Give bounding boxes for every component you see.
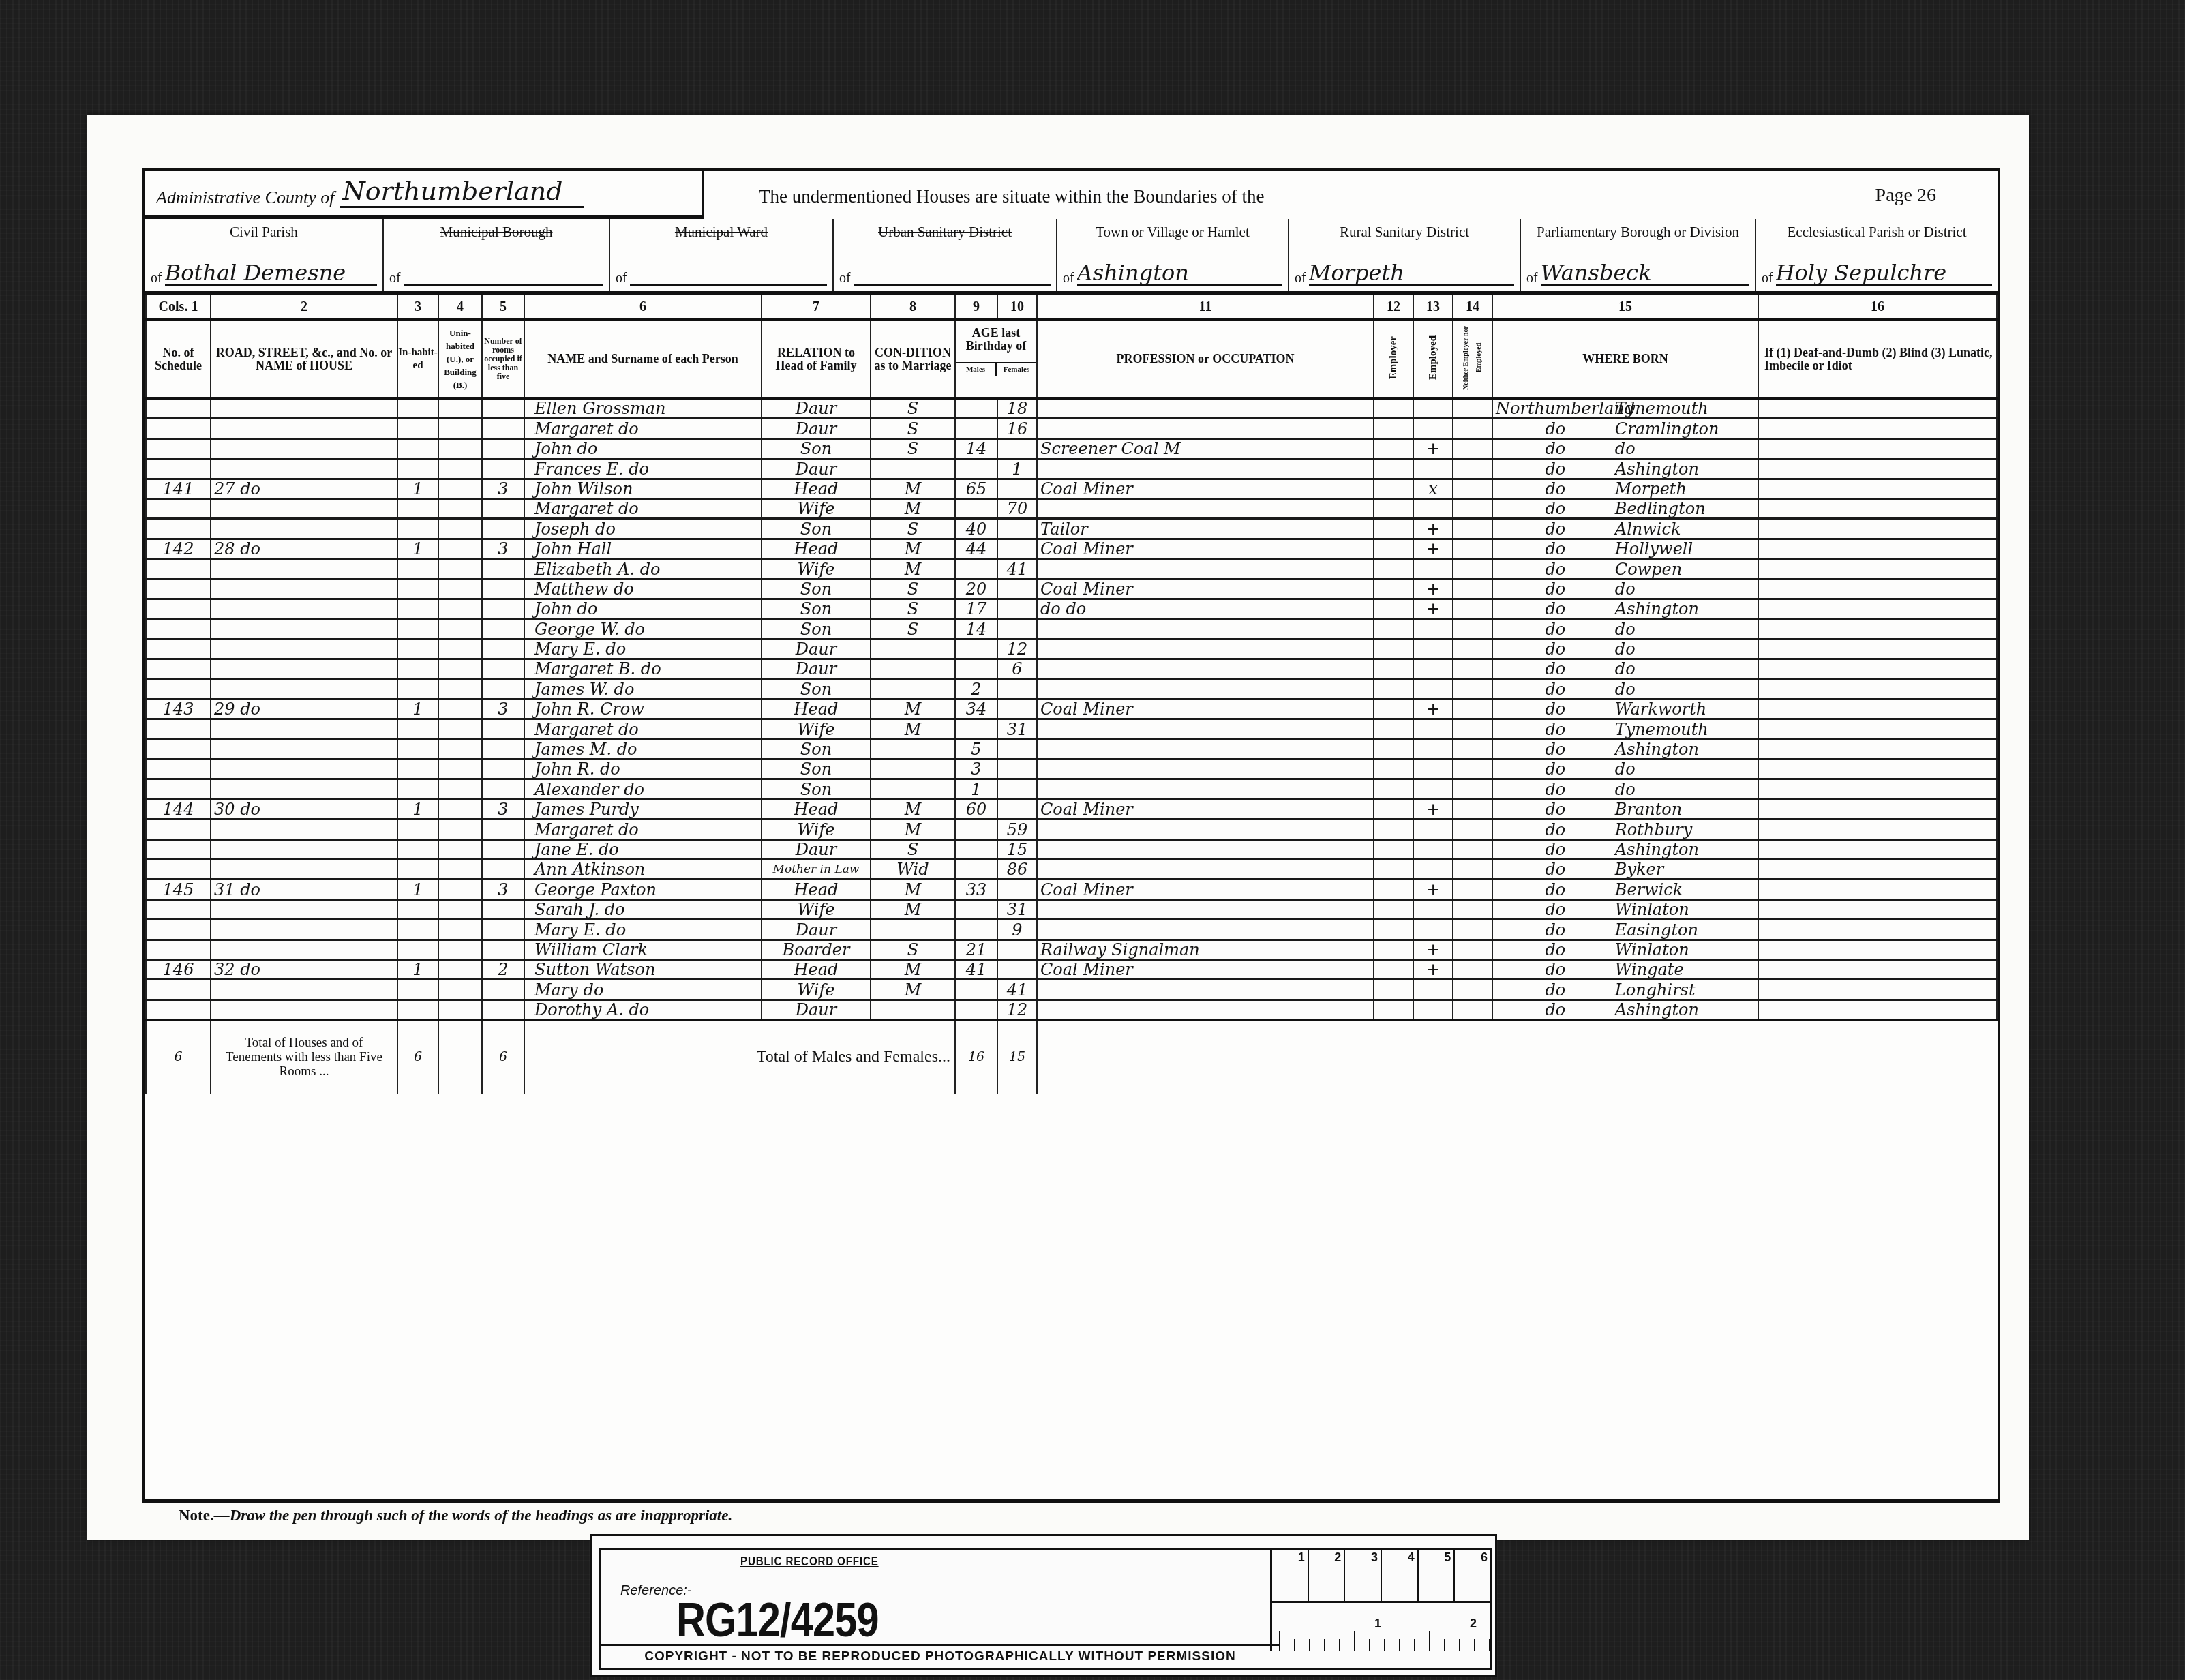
occupation: [1037, 739, 1374, 759]
schedule-number: [146, 820, 211, 839]
where-born: NorthumberlandTynemouth: [1492, 399, 1758, 419]
person-name: Margaret do: [524, 719, 762, 739]
header-employer: Employer: [1374, 320, 1413, 399]
born-county: do: [1496, 721, 1615, 738]
male-age: 33: [955, 880, 997, 899]
born-place: Wingate: [1615, 960, 1684, 979]
where-born: doRothbury: [1492, 820, 1758, 839]
male-age: [955, 559, 997, 579]
female-age: 9: [997, 920, 1037, 940]
inhabited-count: [397, 719, 438, 739]
boundary-label: Civil Parish: [145, 224, 382, 239]
where-born: doAshington: [1492, 839, 1758, 859]
relation: Daur: [762, 419, 871, 438]
uninhabited-mark: [438, 419, 482, 438]
inhabited-count: 1: [397, 479, 438, 498]
inhabited-count: 1: [397, 699, 438, 719]
rooms-count: [482, 399, 524, 419]
schedule-number: 144: [146, 799, 211, 819]
road-address: [211, 1000, 397, 1019]
relation: Wife: [762, 899, 871, 919]
schedule-number: 145: [146, 880, 211, 899]
employed-mark: [1413, 498, 1453, 518]
born-place: do: [1615, 580, 1636, 599]
schedule-number: [146, 599, 211, 618]
inhabited-count: 1: [397, 880, 438, 899]
rooms-count: [482, 839, 524, 859]
employed-mark: [1413, 639, 1453, 659]
male-age: 34: [955, 699, 997, 719]
marital-condition: S: [871, 579, 955, 599]
boundary-parliamentary: Parliamentary Borough or Division ofWans…: [1521, 219, 1756, 291]
neither-mark: [1453, 880, 1492, 899]
born-county: do: [1496, 561, 1615, 577]
rooms-count: [482, 899, 524, 919]
person-name: Mary do: [524, 980, 762, 1000]
employed-mark: +: [1413, 699, 1453, 719]
born-county: do: [1496, 461, 1615, 477]
boundary-value: Holy Sepulchre: [1776, 261, 1992, 286]
born-county: do: [1496, 741, 1615, 757]
header-occupation: PROFESSION or OCCUPATION: [1037, 320, 1374, 399]
relation: Daur: [762, 920, 871, 940]
uninhabited-mark: [438, 679, 482, 699]
ruler-tick: [1444, 1639, 1445, 1651]
schedule-number: [146, 760, 211, 779]
uninhabited-mark: [438, 699, 482, 719]
female-age: [997, 539, 1037, 558]
male-age: [955, 859, 997, 879]
rooms-count: [482, 599, 524, 618]
infirmity: [1758, 799, 1997, 819]
ruler-tick: [1339, 1639, 1340, 1651]
employed-mark: +: [1413, 539, 1453, 558]
female-age: 6: [997, 659, 1037, 679]
inhabited-count: [397, 779, 438, 799]
employer-mark: [1374, 920, 1413, 940]
neither-mark: [1453, 498, 1492, 518]
male-age: 14: [955, 619, 997, 639]
occupation: [1037, 459, 1374, 479]
employed-mark: [1413, 859, 1453, 879]
road-address: 30 do: [211, 799, 397, 819]
occupation: [1037, 920, 1374, 940]
schedule-number: [146, 980, 211, 1000]
marital-condition: [871, 1000, 955, 1019]
born-place: Rothbury: [1615, 820, 1692, 839]
boundary-label: Ecclesiastical Parish or District: [1756, 224, 1998, 239]
relation: Daur: [762, 459, 871, 479]
employed-mark: [1413, 820, 1453, 839]
census-row: George W. doSonS14dodo: [146, 619, 1997, 639]
occupation: [1037, 760, 1374, 779]
road-address: 29 do: [211, 699, 397, 719]
female-age: [997, 519, 1037, 539]
employer-mark: [1374, 679, 1413, 699]
uninhabited-mark: [438, 498, 482, 518]
census-row: Margaret doWifeM70doBedlington: [146, 498, 1997, 518]
marital-condition: Wid: [871, 859, 955, 879]
road-address: [211, 940, 397, 959]
road-address: [211, 719, 397, 739]
infirmity: [1758, 699, 1997, 719]
born-place: Tynemouth: [1615, 399, 1708, 418]
inhabited-count: [397, 399, 438, 419]
ruler-tick: [1459, 1639, 1460, 1651]
page-number: Page 26: [1875, 185, 1936, 207]
person-name: Ellen Grossman: [524, 399, 762, 419]
road-address: [211, 739, 397, 759]
infirmity: [1758, 980, 1997, 1000]
marital-condition: [871, 459, 955, 479]
born-county: do: [1496, 942, 1615, 958]
boundary-municipal-ward: Municipal Ward of: [610, 219, 834, 291]
infirmity: [1758, 659, 1997, 679]
occupation: [1037, 559, 1374, 579]
born-place: do: [1615, 760, 1636, 779]
road-address: [211, 760, 397, 779]
person-name: John do: [524, 599, 762, 618]
marital-condition: [871, 920, 955, 940]
male-age: [955, 498, 997, 518]
employed-mark: [1413, 559, 1453, 579]
neither-mark: [1453, 980, 1492, 1000]
boundaries-row: Civil Parish ofBothal Demesne Municipal …: [145, 219, 1998, 295]
road-address: [211, 679, 397, 699]
ruler-tick: [1399, 1639, 1400, 1651]
rooms-count: [482, 619, 524, 639]
female-age: 31: [997, 899, 1037, 919]
uninhabited-mark: [438, 779, 482, 799]
where-born: doWinlaton: [1492, 940, 1758, 959]
boundary-value: Bothal Demesne: [165, 261, 377, 286]
female-age: [997, 799, 1037, 819]
uninhabited-mark: [438, 619, 482, 639]
relation: Daur: [762, 1000, 871, 1019]
total-females: 15: [997, 1020, 1037, 1094]
schedule-number: 142: [146, 539, 211, 558]
born-county: do: [1496, 581, 1615, 597]
relation: Son: [762, 599, 871, 618]
where-born: doWarkworth: [1492, 699, 1758, 719]
occupation: [1037, 498, 1374, 518]
header-road: ROAD, STREET, &c., and No. or NAME of HO…: [211, 320, 397, 399]
where-born: doAshington: [1492, 739, 1758, 759]
employed-mark: [1413, 920, 1453, 940]
female-age: 70: [997, 498, 1037, 518]
county-value: Northumberland: [340, 176, 583, 208]
census-row: 14430 do13James PurdyHeadM60Coal Miner+d…: [146, 799, 1997, 819]
neither-mark: [1453, 739, 1492, 759]
infirmity: [1758, 599, 1997, 618]
employer-mark: [1374, 980, 1413, 1000]
where-born: doLonghirst: [1492, 980, 1758, 1000]
infirmity: [1758, 479, 1997, 498]
born-county: do: [1496, 882, 1615, 898]
born-county: do: [1496, 861, 1615, 877]
employer-mark: [1374, 940, 1413, 959]
where-born: doEasington: [1492, 920, 1758, 940]
female-age: 86: [997, 859, 1037, 879]
rooms-count: [482, 820, 524, 839]
occupation: [1037, 719, 1374, 739]
male-age: [955, 399, 997, 419]
infirmity: [1758, 399, 1997, 419]
rooms-count: [482, 459, 524, 479]
infirmity: [1758, 940, 1997, 959]
schedule-number: [146, 619, 211, 639]
marital-condition: M: [871, 719, 955, 739]
road-address: [211, 659, 397, 679]
male-age: 14: [955, 438, 997, 458]
neither-mark: [1453, 940, 1492, 959]
inhabited-count: 1: [397, 799, 438, 819]
census-row: Margaret doWifeM59doRothbury: [146, 820, 1997, 839]
female-age: [997, 599, 1037, 618]
employed-mark: [1413, 659, 1453, 679]
male-age: 5: [955, 739, 997, 759]
boundary-label: Municipal Ward: [610, 224, 832, 239]
born-county: do: [1496, 621, 1615, 637]
where-born: doBranton: [1492, 799, 1758, 819]
road-address: 27 do: [211, 479, 397, 498]
neither-mark: [1453, 679, 1492, 699]
born-place: do: [1615, 640, 1636, 659]
employed-mark: +: [1413, 599, 1453, 618]
occupation: [1037, 419, 1374, 438]
inhabited-count: [397, 438, 438, 458]
born-place: Longhirst: [1615, 980, 1696, 1000]
ruler-tick: [1384, 1639, 1385, 1651]
rooms-count: 3: [482, 699, 524, 719]
neither-mark: [1453, 779, 1492, 799]
born-county: do: [1496, 641, 1615, 657]
inhabited-count: [397, 940, 438, 959]
born-place: Ashington: [1615, 1000, 1699, 1019]
rooms-count: [482, 639, 524, 659]
road-address: [211, 519, 397, 539]
female-age: [997, 699, 1037, 719]
rooms-count: [482, 579, 524, 599]
born-place: Bedlington: [1615, 499, 1706, 518]
employer-mark: [1374, 959, 1413, 979]
employed-mark: +: [1413, 940, 1453, 959]
born-place: Ashington: [1615, 840, 1699, 859]
employer-mark: [1374, 799, 1413, 819]
infirmity: [1758, 579, 1997, 599]
male-age: [955, 899, 997, 919]
employer-mark: [1374, 1000, 1413, 1019]
occupation: do do: [1037, 599, 1374, 618]
census-row: Ellen GrossmanDaurS18NorthumberlandTynem…: [146, 399, 1997, 419]
female-age: [997, 779, 1037, 799]
inhabited-count: 1: [397, 959, 438, 979]
born-place: Ashington: [1615, 599, 1699, 618]
person-name: James M. do: [524, 739, 762, 759]
born-county: do: [1496, 681, 1615, 697]
employer-mark: [1374, 820, 1413, 839]
uninhabited-mark: [438, 899, 482, 919]
marital-condition: S: [871, 839, 955, 859]
schedule-number: [146, 899, 211, 919]
road-address: [211, 859, 397, 879]
where-born: doWinlaton: [1492, 899, 1758, 919]
where-born: doCramlington: [1492, 419, 1758, 438]
where-born: doCowpen: [1492, 559, 1758, 579]
male-age: [955, 920, 997, 940]
infirmity: [1758, 419, 1997, 438]
infirmity: [1758, 899, 1997, 919]
infirmity: [1758, 779, 1997, 799]
neither-mark: [1453, 799, 1492, 819]
female-age: 15: [997, 839, 1037, 859]
relation: Wife: [762, 559, 871, 579]
born-place: Cowpen: [1615, 560, 1682, 579]
inhabited-count: [397, 639, 438, 659]
boundary-ecclesiastical: Ecclesiastical Parish or District ofHoly…: [1756, 219, 1998, 291]
marital-condition: S: [871, 619, 955, 639]
where-born: doHollywell: [1492, 539, 1758, 558]
infirmity: [1758, 959, 1997, 979]
person-name: Mary E. do: [524, 920, 762, 940]
occupation: Coal Miner: [1037, 880, 1374, 899]
relation: Son: [762, 619, 871, 639]
born-place: Ashington: [1615, 740, 1699, 759]
marital-condition: [871, 760, 955, 779]
relation: Mother in Law: [762, 859, 871, 879]
relation: Head: [762, 479, 871, 498]
uninhabited-mark: [438, 479, 482, 498]
employed-mark: [1413, 760, 1453, 779]
employer-mark: [1374, 899, 1413, 919]
schedule-number: [146, 1000, 211, 1019]
header-uninhabited: Unin-habited (U.), or Building (B.): [438, 320, 482, 399]
schedule-number: [146, 579, 211, 599]
census-row: John doSonS14Screener Coal M+dodo: [146, 438, 1997, 458]
male-age: 20: [955, 579, 997, 599]
occupation: [1037, 399, 1374, 419]
relation: Son: [762, 760, 871, 779]
boundary-label: Municipal Borough: [384, 224, 609, 239]
neither-mark: [1453, 519, 1492, 539]
census-row: Sarah J. doWifeM31doWinlaton: [146, 899, 1997, 919]
occupation: Coal Miner: [1037, 799, 1374, 819]
person-name: George W. do: [524, 619, 762, 639]
census-row: 14632 do12Sutton WatsonHeadM41Coal Miner…: [146, 959, 1997, 979]
born-county: do: [1496, 901, 1615, 918]
road-address: [211, 438, 397, 458]
census-row: John doSonS17do do+doAshington: [146, 599, 1997, 618]
inhabited-count: [397, 820, 438, 839]
born-county: do: [1496, 421, 1615, 437]
female-age: 31: [997, 719, 1037, 739]
ruler-tick: [1294, 1639, 1295, 1651]
instruction-note: Note.—Draw the pen through such of the w…: [179, 1507, 732, 1525]
marital-condition: M: [871, 479, 955, 498]
person-name: John Wilson: [524, 479, 762, 498]
employed-mark: +: [1413, 880, 1453, 899]
neither-mark: [1453, 699, 1492, 719]
boundary-civil-parish: Civil Parish ofBothal Demesne: [145, 219, 384, 291]
occupation: Screener Coal M: [1037, 438, 1374, 458]
male-age: 44: [955, 539, 997, 558]
marital-condition: M: [871, 899, 955, 919]
relation: Head: [762, 959, 871, 979]
inhabited-count: [397, 839, 438, 859]
person-name: Mary E. do: [524, 639, 762, 659]
road-address: [211, 820, 397, 839]
rooms-count: [482, 920, 524, 940]
ruler-tick: [1354, 1631, 1355, 1651]
female-age: [997, 880, 1037, 899]
born-place: Warkworth: [1615, 700, 1706, 719]
marital-condition: M: [871, 880, 955, 899]
uninhabited-mark: [438, 920, 482, 940]
person-name: Frances E. do: [524, 459, 762, 479]
total-rooms: 6: [482, 1020, 524, 1094]
born-place: Ashington: [1615, 460, 1699, 479]
infirmity: [1758, 619, 1997, 639]
born-county: do: [1496, 822, 1615, 838]
ruler-tick: [1309, 1639, 1310, 1651]
road-address: [211, 399, 397, 419]
schedule-number: [146, 659, 211, 679]
male-age: 1: [955, 779, 997, 799]
header-schedule: No. of Schedule: [146, 320, 211, 399]
employed-mark: [1413, 899, 1453, 919]
header-name: NAME and Surname of each Person: [524, 320, 762, 399]
male-age: [955, 639, 997, 659]
census-row: Margaret doWifeM31doTynemouth: [146, 719, 1997, 739]
person-name: Margaret B. do: [524, 659, 762, 679]
employer-mark: [1374, 419, 1413, 438]
road-address: [211, 899, 397, 919]
employer-mark: [1374, 880, 1413, 899]
road-address: 32 do: [211, 959, 397, 979]
rooms-count: [482, 1000, 524, 1019]
schedule-number: [146, 859, 211, 879]
inhabited-count: [397, 519, 438, 539]
person-name: Sarah J. do: [524, 899, 762, 919]
relation: Head: [762, 699, 871, 719]
census-row: 14329 do13John R. CrowHeadM34Coal Miner+…: [146, 699, 1997, 719]
where-born: doAshington: [1492, 1000, 1758, 1019]
where-born: dodo: [1492, 438, 1758, 458]
where-born: doAshington: [1492, 459, 1758, 479]
rooms-count: [482, 739, 524, 759]
rooms-count: [482, 779, 524, 799]
ruler-tick: [1429, 1631, 1430, 1651]
marital-condition: S: [871, 519, 955, 539]
person-name: William Clark: [524, 940, 762, 959]
boundary-value: Morpeth: [1309, 261, 1514, 286]
uninhabited-mark: [438, 739, 482, 759]
person-name: John R. Crow: [524, 699, 762, 719]
marital-condition: M: [871, 820, 955, 839]
born-place: Winlaton: [1615, 940, 1689, 959]
uninhabited-mark: [438, 1000, 482, 1019]
neither-mark: [1453, 639, 1492, 659]
marital-condition: [871, 779, 955, 799]
person-name: Margaret do: [524, 498, 762, 518]
female-age: 12: [997, 639, 1037, 659]
rooms-count: 3: [482, 539, 524, 558]
born-county: do: [1496, 481, 1615, 497]
header-age: AGE last Birthday of Males Females: [955, 320, 1037, 399]
born-county: do: [1496, 661, 1615, 677]
ruler-tick: [1474, 1639, 1475, 1651]
born-place: Hollywell: [1615, 539, 1693, 558]
